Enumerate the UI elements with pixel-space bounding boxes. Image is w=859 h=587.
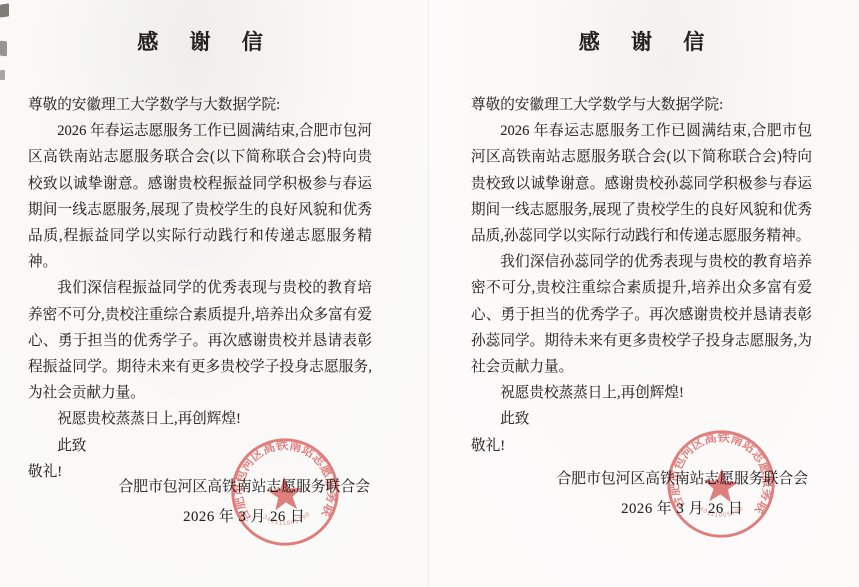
signature-block: 合肥市包河区高铁南站志愿服务联合会 2026 年 3 月 26 日 [118, 472, 370, 532]
letter-body: 尊敬的安徽理工大学数学与大数据学院: 2026 年春运志愿服务工作已圆满结束,合… [471, 92, 812, 459]
scanned-thank-you-letters: 感 谢 信 尊敬的安徽理工大学数学与大数据学院: 2026 年春运志愿服务工作已… [0, 0, 859, 587]
paragraph-1: 2026 年春运志愿服务工作已圆满结束,合肥市包河区高铁南站志愿服务联合会(以下… [471, 118, 812, 249]
letter-title: 感 谢 信 [471, 26, 812, 56]
paragraph-1: 2026 年春运志愿服务工作已圆满结束,合肥市包河区高铁南站志愿服务联合会(以下… [28, 118, 372, 275]
salutation: 尊敬的安徽理工大学数学与大数据学院: [28, 92, 372, 118]
closing-wish: 祝愿贵校蒸蒸日上,再创辉煌! [28, 406, 372, 432]
signature-date: 2026 年 3 月 26 日 [556, 494, 808, 524]
scan-artifact [0, 3, 9, 17]
signature-organization: 合肥市包河区高铁南站志愿服务联合会 [556, 464, 808, 494]
letter-title: 感 谢 信 [28, 26, 372, 56]
letter-page-right: 感 谢 信 尊敬的安徽理工大学数学与大数据学院: 2026 年春运志愿服务工作已… [429, 0, 858, 587]
closing-salute: 此致 [28, 433, 372, 459]
paragraph-2: 我们深信程振益同学的优秀表现与贵校的教育培养密不可分,贵校注重综合素质提升,培养… [28, 275, 372, 406]
scan-artifact [0, 41, 7, 57]
letter-body: 尊敬的安徽理工大学数学与大数据学院: 2026 年春运志愿服务工作已圆满结束,合… [28, 92, 372, 485]
signature-block: 合肥市包河区高铁南站志愿服务联合会 2026 年 3 月 26 日 [556, 464, 808, 524]
closing-wish: 祝愿贵校蒸蒸日上,再创辉煌! [471, 380, 812, 406]
letter-page-left: 感 谢 信 尊敬的安徽理工大学数学与大数据学院: 2026 年春运志愿服务工作已… [0, 0, 429, 587]
paragraph-2: 我们深信孙蕊同学的优秀表现与贵校的教育培养密不可分,贵校注重综合素质提升,培养出… [471, 249, 812, 380]
closing-salute: 此致 [471, 406, 812, 432]
salutation: 尊敬的安徽理工大学数学与大数据学院: [471, 92, 812, 118]
scan-artifact [0, 70, 5, 80]
closing-regards: 敬礼! [471, 433, 812, 459]
signature-organization: 合肥市包河区高铁南站志愿服务联合会 [118, 472, 370, 502]
signature-date: 2026 年 3 月 26 日 [118, 502, 370, 532]
